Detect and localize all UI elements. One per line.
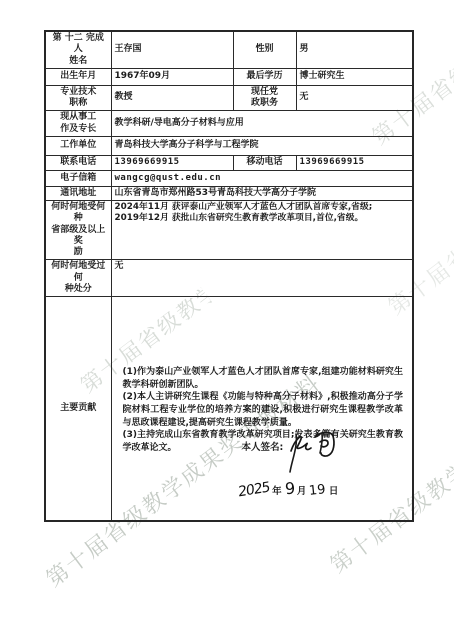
- signature-line: 本人签名:: [242, 435, 340, 461]
- title-value: 教授: [111, 85, 233, 111]
- punishment-value: 无: [111, 260, 413, 297]
- degree-label: 最后学历: [233, 68, 296, 85]
- specialty-label: 现从事工 作及专长: [45, 111, 111, 137]
- birthdate-label: 出生年月: [45, 68, 111, 85]
- signature-date-line: 2025 年 9 月 19 日: [238, 479, 342, 500]
- name-label: 第 十二 完成人 姓名: [45, 31, 111, 68]
- table-row: 何时何地受过何 种处分 无: [45, 260, 413, 297]
- table-row: 电子信箱 wangcg@qust.edu.cn: [45, 170, 413, 186]
- table-row: 何时何地受何种 省部级及以上奖 励 2024年11月 获评泰山产业领军人才蓝色人…: [45, 201, 413, 260]
- table-row: 通讯地址 山东省青岛市郑州路53号青岛科技大学高分子学院: [45, 186, 413, 200]
- gender-label: 性别: [233, 31, 296, 68]
- mobile-label: 移动电话: [233, 155, 296, 170]
- day-unit: 日: [329, 486, 339, 498]
- employer-value: 青岛科技大学高分子科学与工程学院: [111, 136, 413, 155]
- contributions-label: 主要贡献: [45, 297, 111, 521]
- table-row: 出生年月 1967年09月 最后学历 博士研究生: [45, 68, 413, 85]
- table-row: 联系电话 13969669915 移动电话 13969669915: [45, 155, 413, 170]
- contributions-cell: (1)作为泰山产业领军人才蓝色人才团队首席专家,组建功能材料研究生教学科研创新团…: [111, 297, 413, 521]
- phone-label: 联系电话: [45, 155, 111, 170]
- email-label: 电子信箱: [45, 170, 111, 186]
- table-row: 主要贡献 (1)作为泰山产业领军人才蓝色人才团队首席专家,组建功能材料研究生教学…: [45, 297, 413, 521]
- email-value: wangcg@qust.edu.cn: [111, 170, 413, 186]
- punishment-label: 何时何地受过何 种处分: [45, 260, 111, 297]
- table-row: 工作单位 青岛科技大学高分子科学与工程学院: [45, 136, 413, 155]
- table-row: 第 十二 完成人 姓名 王存国 性别 男: [45, 31, 413, 68]
- phone-value: 13969669915: [111, 155, 233, 170]
- completer-info-table: 第 十二 完成人 姓名 王存国 性别 男 出生年月 1967年09月 最后学历 …: [44, 30, 414, 522]
- party-post-value: 无: [296, 85, 413, 111]
- gender-value: 男: [296, 31, 413, 68]
- party-post-label: 现任党 政职务: [233, 85, 296, 111]
- address-value: 山东省青岛市郑州路53号青岛科技大学高分子学院: [111, 186, 413, 200]
- handwritten-day: 19: [309, 482, 327, 500]
- degree-value: 博士研究生: [296, 68, 413, 85]
- specialty-value: 教学科研/导电高分子材料与应用: [111, 111, 413, 137]
- month-unit: 月: [297, 486, 307, 498]
- birthdate-value: 1967年09月: [111, 68, 233, 85]
- title-label: 专业技术 职称: [45, 85, 111, 111]
- table-row: 现从事工 作及专长 教学科研/导电高分子材料与应用: [45, 111, 413, 137]
- employer-label: 工作单位: [45, 136, 111, 155]
- name-value: 王存国: [111, 31, 233, 68]
- scanned-form-page: 第十届省级教学成果奖申报材料 第十届省级教学成果奖申报材料 第十届省级教学成果奖…: [0, 0, 454, 643]
- year-unit: 年: [272, 486, 282, 498]
- handwritten-month: 9: [284, 479, 295, 500]
- address-label: 通讯地址: [45, 186, 111, 200]
- handwritten-signature: [285, 427, 339, 461]
- awards-label: 何时何地受何种 省部级及以上奖 励: [45, 201, 111, 260]
- handwritten-year: 2025: [238, 479, 270, 502]
- awards-value: 2024年11月 获评泰山产业领军人才蓝色人才团队首席专家,省级; 2019年1…: [111, 201, 413, 260]
- signature-label: 本人签名:: [242, 442, 284, 454]
- mobile-value: 13969669915: [296, 155, 413, 170]
- table-row: 专业技术 职称 教授 现任党 政职务 无: [45, 85, 413, 111]
